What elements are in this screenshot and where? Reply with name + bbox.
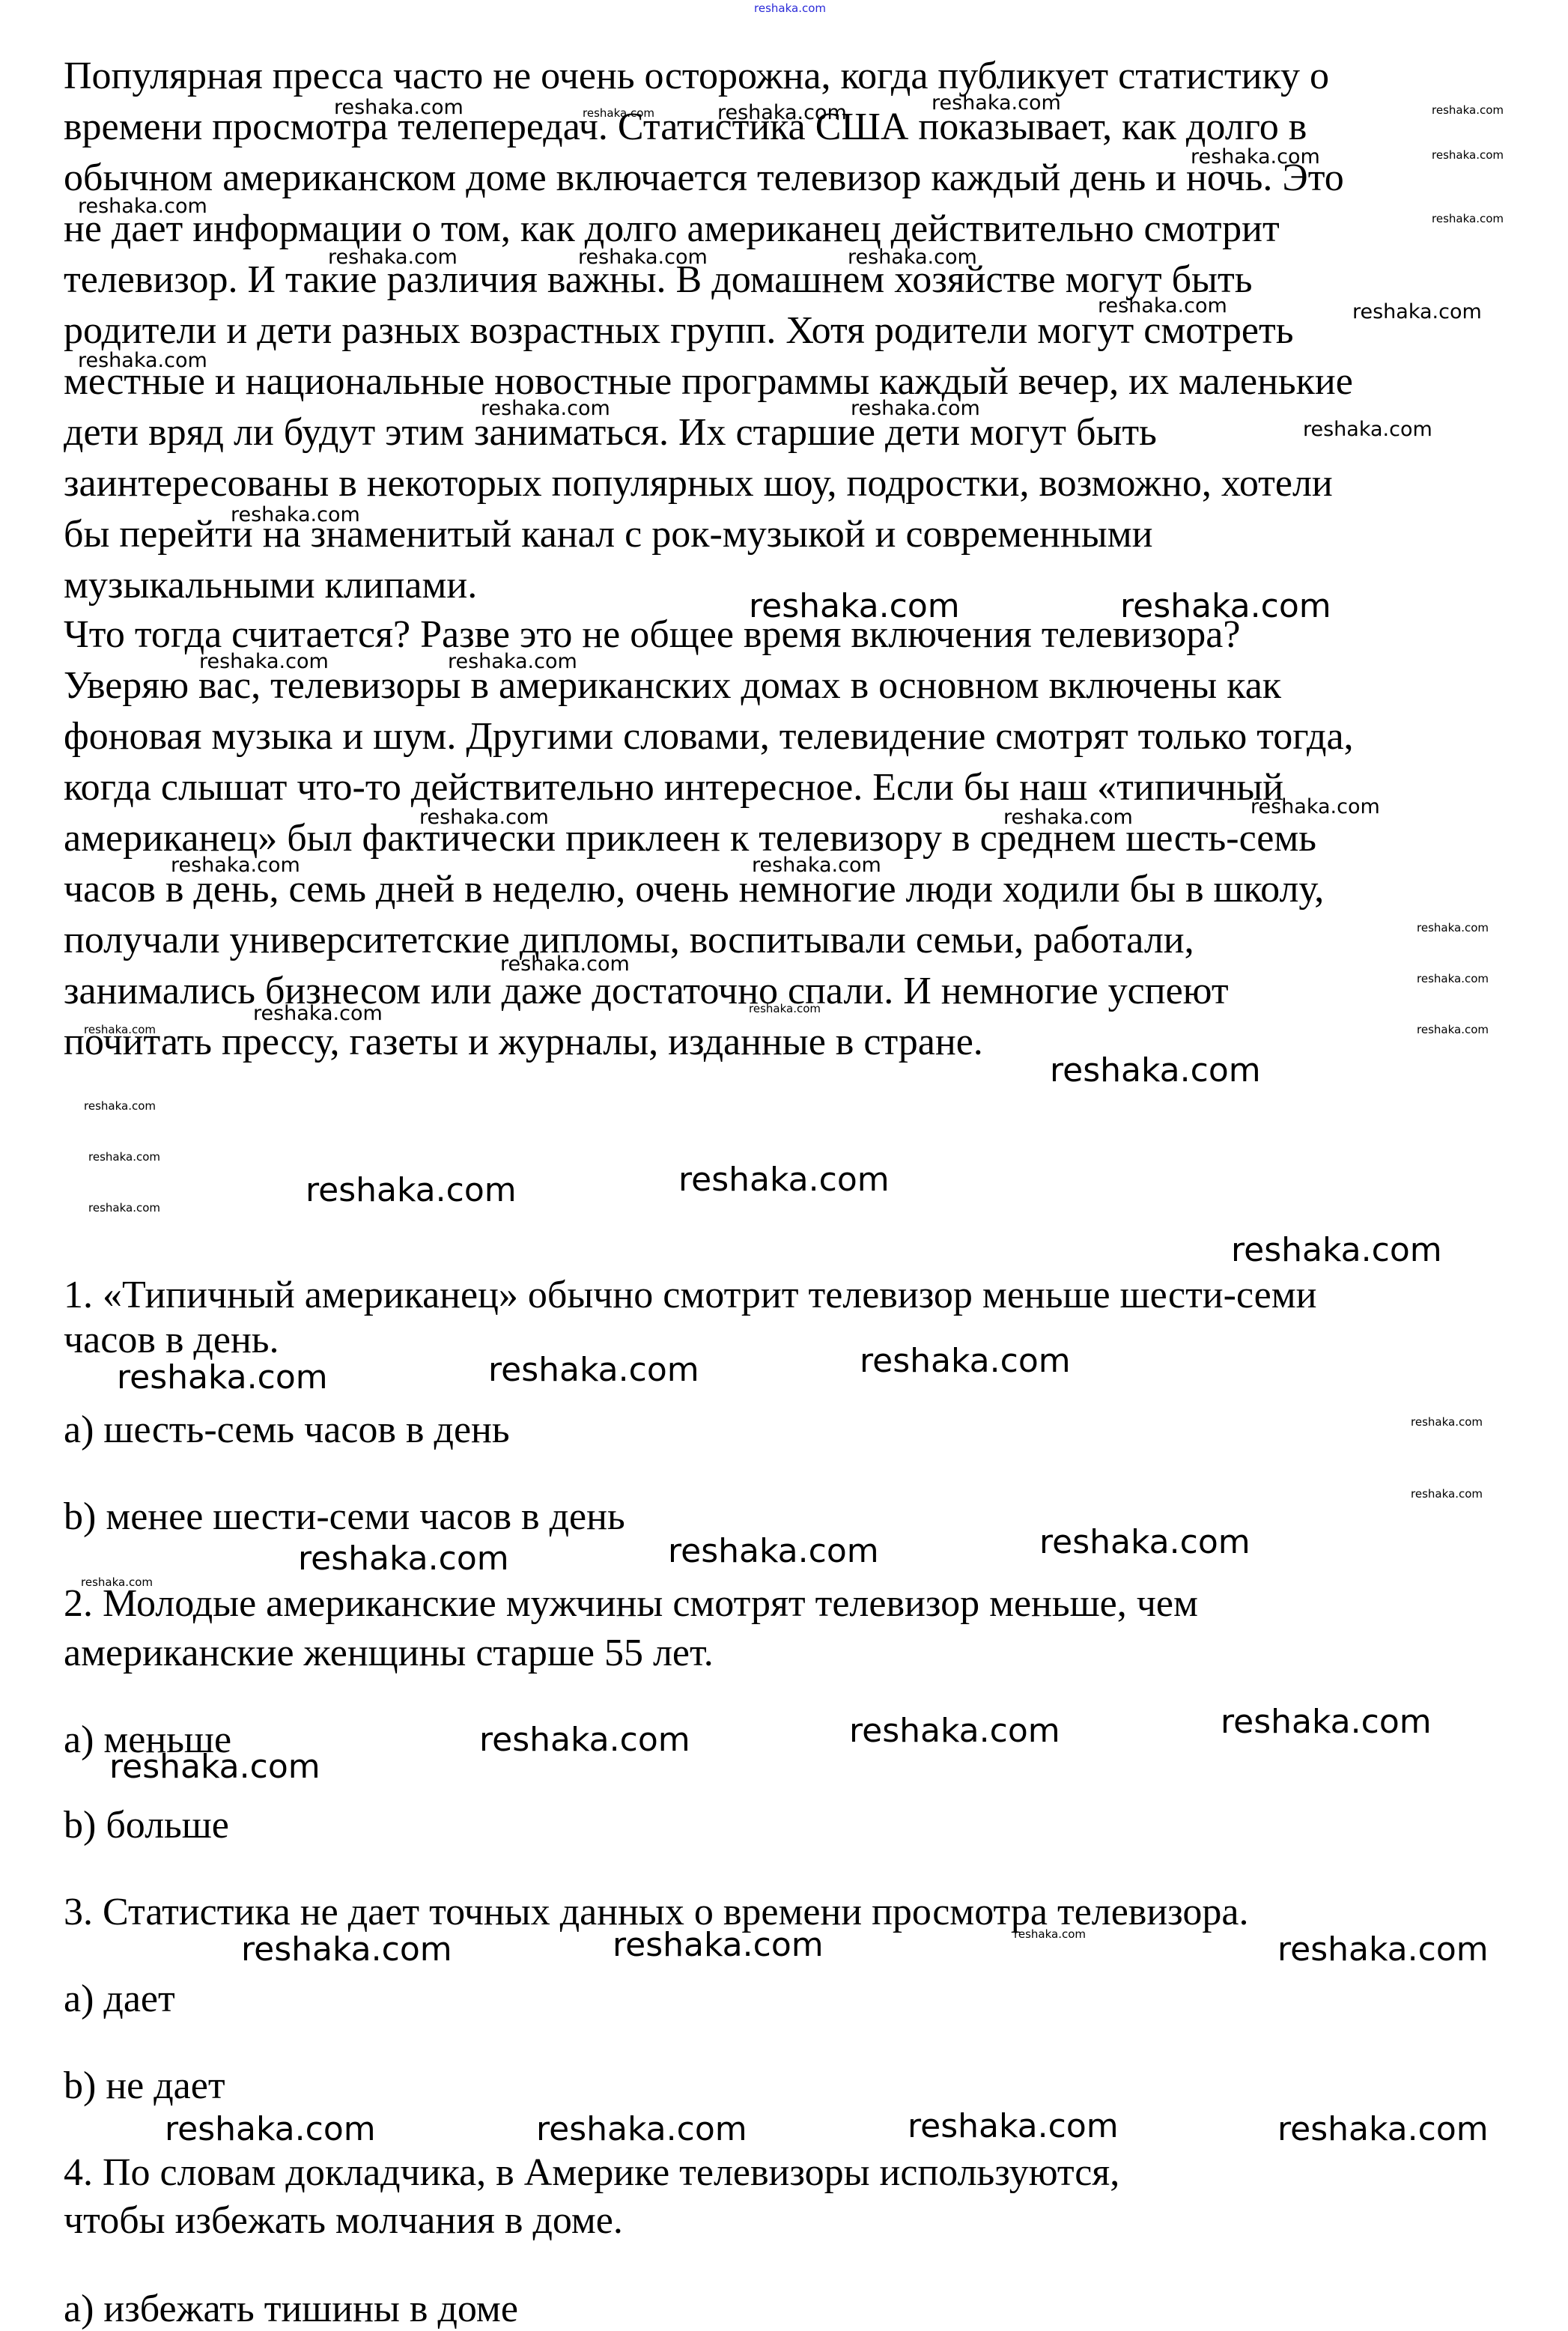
watermark: reshaka.com (78, 350, 207, 371)
watermark: reshaka.com (1417, 1024, 1489, 1036)
question-3-option-b: b) не дает (64, 2064, 225, 2109)
watermark: reshaka.com (328, 247, 458, 267)
watermark: reshaka.com (231, 505, 360, 525)
watermark: reshaka.com (1432, 105, 1504, 116)
passage-line: почитать прессу, газеты и журналы, издан… (64, 1020, 983, 1065)
watermark: reshaka.com (1432, 213, 1504, 225)
watermark: reshaka.com (749, 1003, 821, 1015)
watermark: reshaka.com (1120, 590, 1331, 623)
passage-line: заинтересованы в некоторых популярных шо… (64, 461, 1333, 506)
watermark: reshaka.com (481, 398, 610, 419)
watermark: reshaka.com (117, 1361, 328, 1394)
watermark: reshaka.com (583, 108, 654, 119)
watermark: reshaka.com (479, 1724, 690, 1757)
watermark: reshaka.com (1411, 1417, 1483, 1428)
watermark: reshaka.com (488, 1354, 699, 1387)
passage-line: времени просмотра телепередач. Статистик… (64, 105, 1307, 150)
passage-line: обычном американском доме включается тел… (64, 156, 1344, 201)
question-4-option-a: a) избежать тишины в доме (64, 2287, 518, 2331)
watermark: reshaka.com (717, 103, 847, 123)
question-2-text: 2. Молодые американские мужчины смотрят … (64, 1581, 1198, 1626)
watermark: reshaka.com (860, 1345, 1071, 1378)
watermark: reshaka.com (171, 855, 300, 875)
watermark: reshaka.com (1417, 923, 1489, 934)
watermark: reshaka.com (84, 1101, 156, 1112)
question-2-text: американские женщины старше 55 лет. (64, 1631, 714, 1676)
watermark: reshaka.com (1231, 1234, 1442, 1267)
question-1-option-a: a) шесть-семь часов в день (64, 1408, 510, 1453)
watermark: reshaka.com (1098, 296, 1227, 316)
watermark: reshaka.com (1014, 1929, 1086, 1940)
watermark: reshaka.com (1039, 1526, 1251, 1559)
watermark: reshaka.com (253, 1003, 383, 1024)
watermark: reshaka.com (1050, 1054, 1261, 1087)
question-2-option-b: b) больше (64, 1803, 229, 1848)
watermark: reshaka.com (1352, 302, 1482, 322)
watermark: reshaka.com (84, 1024, 156, 1036)
watermark: reshaka.com (1191, 147, 1320, 167)
watermark: reshaka.com (1221, 1706, 1432, 1739)
passage-line: бы перейти на знаменитый канал с рок-муз… (64, 512, 1152, 557)
document-page: reshaka.com Популярная пресса часто не о… (0, 0, 1568, 2331)
watermark: reshaka.com (298, 1543, 509, 1575)
passage-line: фоновая музыка и шум. Другими словами, т… (64, 714, 1354, 759)
watermark: reshaka.com (848, 247, 977, 267)
watermark: reshaka.com (88, 1152, 160, 1163)
question-4-text: 4. По словам докладчика, в Америке телев… (64, 2151, 1119, 2195)
passage-line: музыкальными клипами. (64, 563, 477, 608)
watermark: reshaka.com (678, 1164, 890, 1197)
passage-line: Популярная пресса часто не очень осторож… (64, 54, 1329, 99)
question-1-text: 1. «Типичный американец» обычно смотрит … (64, 1273, 1316, 1318)
watermark: reshaka.com (1411, 1489, 1483, 1500)
watermark: reshaka.com (1417, 973, 1489, 985)
watermark: reshaka.com (752, 855, 881, 875)
watermark: reshaka.com (165, 2113, 376, 2146)
watermark: reshaka.com (1003, 807, 1133, 827)
watermark: reshaka.com (109, 1751, 320, 1784)
watermark: reshaka.com (1277, 2113, 1489, 2146)
watermark: reshaka.com (88, 1203, 160, 1214)
watermark: reshaka.com (908, 2110, 1119, 2143)
watermark: reshaka.com (1277, 1933, 1489, 1966)
passage-line: занимались бизнесом или даже достаточно … (64, 969, 1229, 1014)
watermark: reshaka.com (1303, 419, 1432, 440)
question-1-text: часов в день. (64, 1318, 279, 1363)
passage-line: дети вряд ли будут этим заниматься. Их с… (64, 410, 1157, 455)
watermark: reshaka.com (241, 1933, 452, 1966)
watermark: reshaka.com (81, 1577, 153, 1588)
site-link[interactable]: reshaka.com (754, 1, 826, 15)
watermark: reshaka.com (448, 651, 577, 672)
watermark: reshaka.com (668, 1535, 879, 1568)
watermark: reshaka.com (306, 1174, 517, 1207)
watermark: reshaka.com (932, 93, 1061, 113)
watermark: reshaka.com (78, 196, 207, 216)
question-3-option-a: a) дает (64, 1977, 175, 2022)
watermark: reshaka.com (578, 247, 708, 267)
watermark: reshaka.com (851, 398, 980, 419)
watermark: reshaka.com (500, 954, 630, 974)
passage-line: когда слышат что-то действительно интере… (64, 765, 1283, 810)
watermark: reshaka.com (749, 590, 960, 623)
watermark: reshaka.com (334, 97, 464, 118)
watermark: reshaka.com (849, 1715, 1060, 1748)
watermark: reshaka.com (419, 807, 549, 827)
question-1-option-b: b) менее шести-семи часов в день (64, 1495, 625, 1540)
passage-line: местные и национальные новостные програм… (64, 359, 1353, 404)
passage-line: не дает информации о том, как долго амер… (64, 207, 1280, 252)
watermark: reshaka.com (1251, 797, 1380, 817)
watermark: reshaka.com (1432, 150, 1504, 161)
question-4-text: чтобы избежать молчания в доме. (64, 2198, 623, 2243)
watermark: reshaka.com (536, 2113, 747, 2146)
watermark: reshaka.com (199, 651, 329, 672)
watermark: reshaka.com (613, 1929, 824, 1962)
